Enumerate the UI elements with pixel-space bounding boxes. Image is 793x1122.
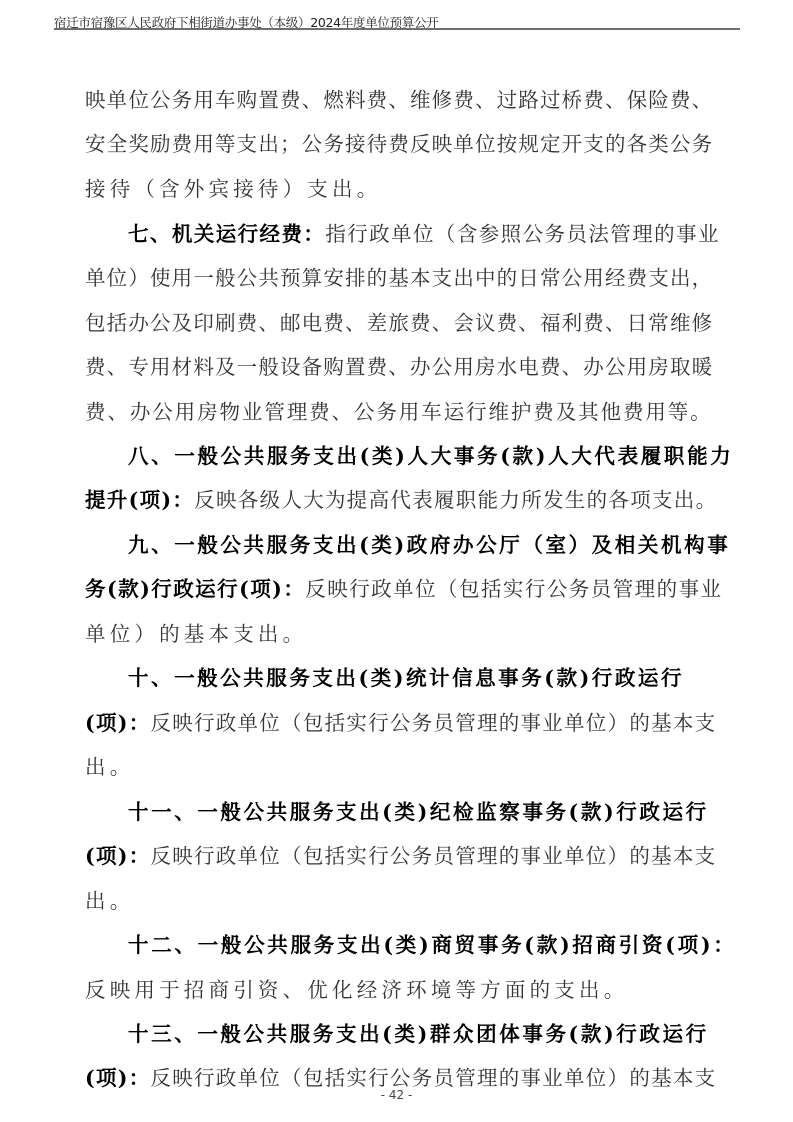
- paragraph-text: 反映各级人大为提高代表履职能力所发生的各项支出。: [194, 488, 717, 512]
- bold-heading-text: 八、一般公共服务支出(类)人大事务(款)人大代表履职能力: [128, 444, 733, 468]
- body-text-line: 映单位公务用车购置费、燃料费、维修费、过路过桥费、保险费、: [85, 86, 713, 114]
- section-heading-line: 提升(项)：反映各级人大为提高代表履职能力所发生的各项支出。: [85, 486, 713, 514]
- body-text-line: 单位）的基本支出。: [85, 620, 713, 648]
- bold-heading-text: 提升(项)：: [85, 488, 194, 512]
- bold-heading-text: (项)：: [85, 1066, 150, 1090]
- section-heading-line: 十二、一般公共服务支出(类)商贸事务(款)招商引资(项)：: [128, 931, 756, 959]
- page-number: - 42 -: [0, 1088, 793, 1102]
- body-text-line: 出。: [85, 887, 713, 915]
- bold-heading-text: 务(款)行政运行(项)：: [85, 577, 305, 601]
- paragraph-text: 反映用于招商引资、优化经济环境等方面的支出。: [85, 978, 628, 1002]
- section-heading-line: 十、一般公共服务支出(类)统计信息事务(款)行政运行: [128, 664, 756, 692]
- body-text-line: 出。: [85, 753, 713, 781]
- section-heading-line: 十三、一般公共服务支出(类)群众团体事务(款)行政运行: [128, 1020, 756, 1048]
- paragraph-text: 映单位公务用车购置费、燃料费、维修费、过路过桥费、保险费、: [85, 88, 713, 112]
- body-text-line: 费、办公用房物业管理费、公务用车运行维护费及其他费用等。: [85, 398, 713, 426]
- paragraph-text: 反映行政单位（包括实行公务员管理的事业单位）的基本支: [150, 1066, 716, 1090]
- bold-heading-text: 九、一般公共服务支出(类)政府办公厅（室）及相关机构事: [128, 533, 730, 557]
- section-heading-line: 务(款)行政运行(项)：反映行政单位（包括实行公务员管理的事业: [85, 575, 713, 603]
- paragraph-text: 接待（含外宾接待）支出。: [85, 177, 381, 201]
- bold-heading-text: (项)：: [85, 711, 150, 735]
- body-text-line: 费、专用材料及一般设备购置费、办公用房水电费、办公用房取暖: [85, 353, 713, 381]
- paragraph-text: 反映行政单位（包括实行公务员管理的事业单位）的基本支: [150, 711, 716, 735]
- bold-heading-text: (项)：: [85, 844, 150, 868]
- paragraph-text: 安全奖励费用等支出；公务接待费反映单位按规定开支的各类公务: [85, 132, 713, 156]
- body-text-line: 安全奖励费用等支出；公务接待费反映单位按规定开支的各类公务: [85, 130, 713, 158]
- paragraph-text: 包括办公及印刷费、邮电费、差旅费、会议费、福利费、日常维修: [85, 311, 713, 335]
- body-text-line: 接待（含外宾接待）支出。: [85, 175, 713, 203]
- section-heading-line: 八、一般公共服务支出(类)人大事务(款)人大代表履职能力: [128, 442, 756, 470]
- paragraph-text: 反映行政单位（包括实行公务员管理的事业单位）的基本支: [150, 844, 716, 868]
- bold-heading-text: 十二、一般公共服务支出(类)商贸事务(款)招商引资(项)：: [128, 933, 737, 957]
- section-heading-line: (项)：反映行政单位（包括实行公务员管理的事业单位）的基本支: [85, 842, 713, 870]
- paragraph-text: 单位）使用一般公共预算安排的基本支出中的日常公用经费支出，: [85, 266, 713, 290]
- section-heading-line: 十一、一般公共服务支出(类)纪检监察事务(款)行政运行: [128, 798, 756, 826]
- paragraph-text: 指行政单位（含参照公务员法管理的事业: [325, 222, 720, 246]
- bold-heading-text: 十一、一般公共服务支出(类)纪检监察事务(款)行政运行: [128, 800, 709, 824]
- body-text-line: 包括办公及印刷费、邮电费、差旅费、会议费、福利费、日常维修: [85, 309, 713, 337]
- paragraph-text: 反映行政单位（包括实行公务员管理的事业: [305, 577, 722, 601]
- bold-heading-text: 七、机关运行经费：: [128, 222, 325, 246]
- paragraph-text: 费、专用材料及一般设备购置费、办公用房水电费、办公用房取暖: [85, 355, 713, 379]
- body-text-line: 单位）使用一般公共预算安排的基本支出中的日常公用经费支出，: [85, 264, 713, 292]
- body-text-line: 反映用于招商引资、优化经济环境等方面的支出。: [85, 976, 713, 1004]
- paragraph-text: 费、办公用房物业管理费、公务用车运行维护费及其他费用等。: [85, 400, 713, 424]
- section-heading-line: 七、机关运行经费：指行政单位（含参照公务员法管理的事业: [128, 220, 756, 248]
- paragraph-text: 出。: [85, 889, 134, 913]
- paragraph-text: 出。: [85, 755, 134, 779]
- header-divider: [54, 28, 740, 30]
- section-heading-line: (项)：反映行政单位（包括实行公务员管理的事业单位）的基本支: [85, 709, 713, 737]
- paragraph-text: 单位）的基本支出。: [85, 622, 307, 646]
- bold-heading-text: 十、一般公共服务支出(类)统计信息事务(款)行政运行: [128, 666, 684, 690]
- bold-heading-text: 十三、一般公共服务支出(类)群众团体事务(款)行政运行: [128, 1022, 709, 1046]
- section-heading-line: 九、一般公共服务支出(类)政府办公厅（室）及相关机构事: [128, 531, 756, 559]
